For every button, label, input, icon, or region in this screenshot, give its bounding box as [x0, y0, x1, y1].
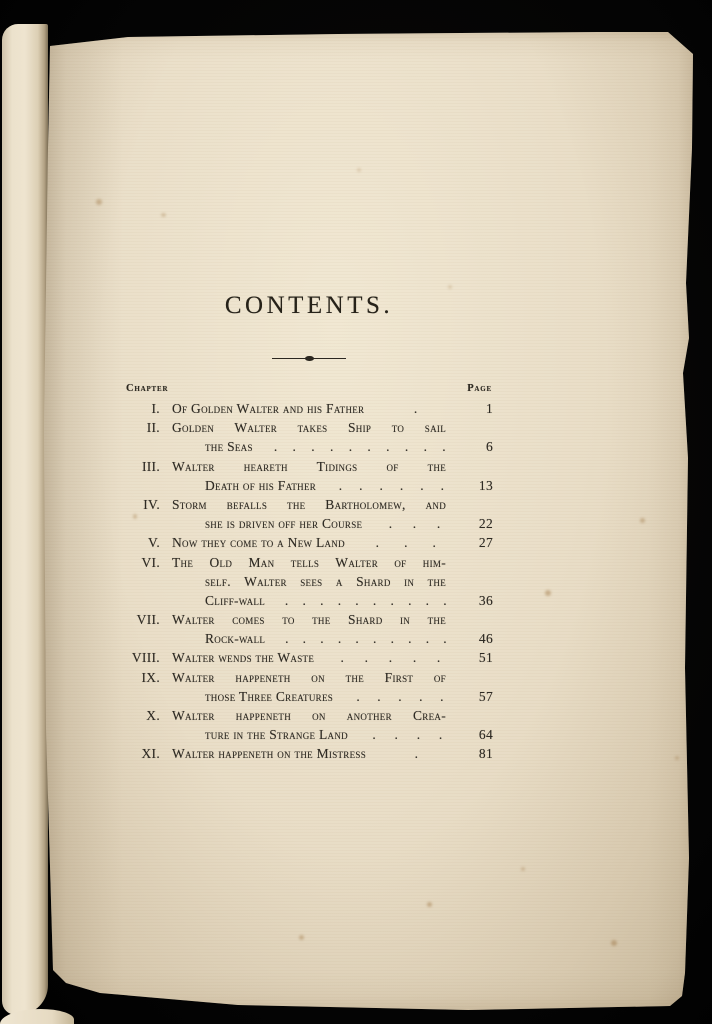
- dot-leaders: .: [364, 399, 469, 418]
- toc-line-body: the Seas..........6: [172, 437, 493, 456]
- toc-line-body: Now they come to a New Land...27: [172, 533, 493, 552]
- divider-rule: [125, 355, 493, 362]
- page-number: 27: [469, 533, 493, 552]
- chapter-title-text: the Seas: [205, 437, 253, 456]
- toc-line: Rock-wall..........46: [125, 629, 493, 648]
- chapter-numeral: V.: [125, 533, 160, 552]
- toc-line-body: Walter comes to the Shard in the: [172, 610, 493, 629]
- toc-line: X.Walter happeneth on another Crea-: [125, 706, 493, 725]
- toc-lines: I.Of Golden Walter and his Father.1II.Go…: [125, 399, 493, 764]
- toc-line-body: Rock-wall..........46: [172, 629, 493, 648]
- chapter-title-text: Cliff-wall: [205, 591, 265, 610]
- toc-line: I.Of Golden Walter and his Father.1: [125, 399, 493, 418]
- toc-line-body: Golden Walter takes Ship to sail: [172, 418, 493, 437]
- dot-leaders: ...: [362, 514, 469, 533]
- chapter-title-text: Rock-wall: [205, 629, 265, 648]
- toc-line-body: self. Walter sees a Shard in the: [172, 572, 493, 591]
- dot-leaders: ....: [348, 725, 469, 744]
- page-number: 57: [469, 687, 493, 706]
- chapter-title-text: Walter wends the Waste: [172, 648, 314, 667]
- toc-line-body: ture in the Strange Land....64: [172, 725, 493, 744]
- foxing-spot: [521, 867, 525, 871]
- chapter-title-text: Walter happeneth on another Crea-: [172, 706, 446, 725]
- chapter-title-text: The Old Man tells Walter of him-: [172, 553, 446, 572]
- chapter-title-text: she is driven off her Course: [205, 514, 362, 533]
- chapter-column-header: Chapter: [126, 383, 168, 394]
- facing-page-edge: [2, 24, 48, 1015]
- toc-line-body: Walter heareth Tidings of the: [172, 457, 493, 476]
- page-number: 1: [469, 399, 493, 418]
- page-number: 51: [469, 648, 493, 667]
- toc-line: VI.The Old Man tells Walter of him-: [125, 553, 493, 572]
- toc-line: VIII.Walter wends the Waste.....51: [125, 648, 493, 667]
- page-content: CONTENTS. Chapter Page I.Of Golden Walte…: [125, 0, 493, 1024]
- toc-line-body: Storm befalls the Bartholomew, and: [172, 495, 493, 514]
- dot-leaders: ..........: [253, 437, 469, 456]
- chapter-numeral: III.: [125, 457, 160, 476]
- chapter-numeral: VI.: [125, 553, 160, 572]
- page-column-header: Page: [467, 383, 492, 394]
- toc-line-body: Death of his Father......13: [172, 476, 493, 495]
- chapter-title-text: Walter comes to the Shard in the: [172, 610, 446, 629]
- page-number: 81: [469, 744, 493, 763]
- page-number: 64: [469, 725, 493, 744]
- page-number: 36: [469, 591, 493, 610]
- chapter-numeral: X.: [125, 706, 160, 725]
- toc-line: she is driven off her Course...22: [125, 514, 493, 533]
- page-number: 46: [469, 629, 493, 648]
- toc-line: Cliff-wall..........36: [125, 591, 493, 610]
- dot-leaders: .....: [333, 687, 469, 706]
- dot-leaders: ......: [316, 476, 469, 495]
- dot-leaders: ..........: [265, 591, 469, 610]
- toc-line: XI.Walter happeneth on the Mistress.81: [125, 744, 493, 763]
- toc-line-body: Walter happeneth on the First of: [172, 668, 493, 687]
- toc-line-body: Walter happeneth on the Mistress.81: [172, 744, 493, 763]
- chapter-title-text: Of Golden Walter and his Father: [172, 399, 364, 418]
- toc-line: V.Now they come to a New Land...27: [125, 533, 493, 552]
- chapter-title-text: Death of his Father: [205, 476, 316, 495]
- toc-line-body: Cliff-wall..........36: [172, 591, 493, 610]
- chapter-title-text: Storm befalls the Bartholomew, and: [172, 495, 446, 514]
- toc-line: those Three Creatures.....57: [125, 687, 493, 706]
- book-photo: CONTENTS. Chapter Page I.Of Golden Walte…: [0, 0, 712, 1024]
- toc-line-body: Walter happeneth on another Crea-: [172, 706, 493, 725]
- foxing-spot: [545, 590, 551, 596]
- chapter-title-text: self. Walter sees a Shard in the: [205, 572, 446, 591]
- page-title: CONTENTS.: [125, 292, 493, 320]
- chapter-numeral: IX.: [125, 668, 160, 687]
- foxing-spot: [640, 518, 645, 523]
- foxing-spot: [96, 199, 102, 205]
- page-number: 22: [469, 514, 493, 533]
- dot-leaders: .: [366, 744, 469, 763]
- foxing-spot: [675, 756, 679, 760]
- toc-line-body: The Old Man tells Walter of him-: [172, 553, 493, 572]
- chapter-title-text: Golden Walter takes Ship to sail: [172, 418, 446, 437]
- page-number: 6: [469, 437, 493, 456]
- chapter-title-text: Walter happeneth on the Mistress: [172, 744, 366, 763]
- chapter-title-text: Walter happeneth on the First of: [172, 668, 446, 687]
- foxing-spot: [611, 940, 617, 946]
- chapter-numeral: VIII.: [125, 648, 160, 667]
- toc-line-body: Of Golden Walter and his Father.1: [172, 399, 493, 418]
- dot-leaders: .....: [314, 648, 469, 667]
- chapter-numeral: VII.: [125, 610, 160, 629]
- toc-line: II.Golden Walter takes Ship to sail: [125, 418, 493, 437]
- toc-line: Death of his Father......13: [125, 476, 493, 495]
- chapter-numeral: IV.: [125, 495, 160, 514]
- toc-line: IV.Storm befalls the Bartholomew, and: [125, 495, 493, 514]
- chapter-numeral: I.: [125, 399, 160, 418]
- toc-header: Chapter Page: [126, 383, 492, 394]
- page-number: 13: [469, 476, 493, 495]
- toc-line-body: those Three Creatures.....57: [172, 687, 493, 706]
- diamond-ornament: [305, 356, 314, 362]
- chapter-numeral: II.: [125, 418, 160, 437]
- toc-line: the Seas..........6: [125, 437, 493, 456]
- chapter-title-text: ture in the Strange Land: [205, 725, 348, 744]
- chapter-numeral: XI.: [125, 744, 160, 763]
- dot-leaders: ..........: [265, 629, 469, 648]
- toc-line: IX.Walter happeneth on the First of: [125, 668, 493, 687]
- toc-line: ture in the Strange Land....64: [125, 725, 493, 744]
- toc-line: VII.Walter comes to the Shard in the: [125, 610, 493, 629]
- toc-line: III.Walter heareth Tidings of the: [125, 457, 493, 476]
- toc-line: self. Walter sees a Shard in the: [125, 572, 493, 591]
- chapter-title-text: Walter heareth Tidings of the: [172, 457, 446, 476]
- chapter-title-text: those Three Creatures: [205, 687, 333, 706]
- dot-leaders: ...: [345, 533, 469, 552]
- toc-line-body: she is driven off her Course...22: [172, 514, 493, 533]
- chapter-title-text: Now they come to a New Land: [172, 533, 345, 552]
- toc-line-body: Walter wends the Waste.....51: [172, 648, 493, 667]
